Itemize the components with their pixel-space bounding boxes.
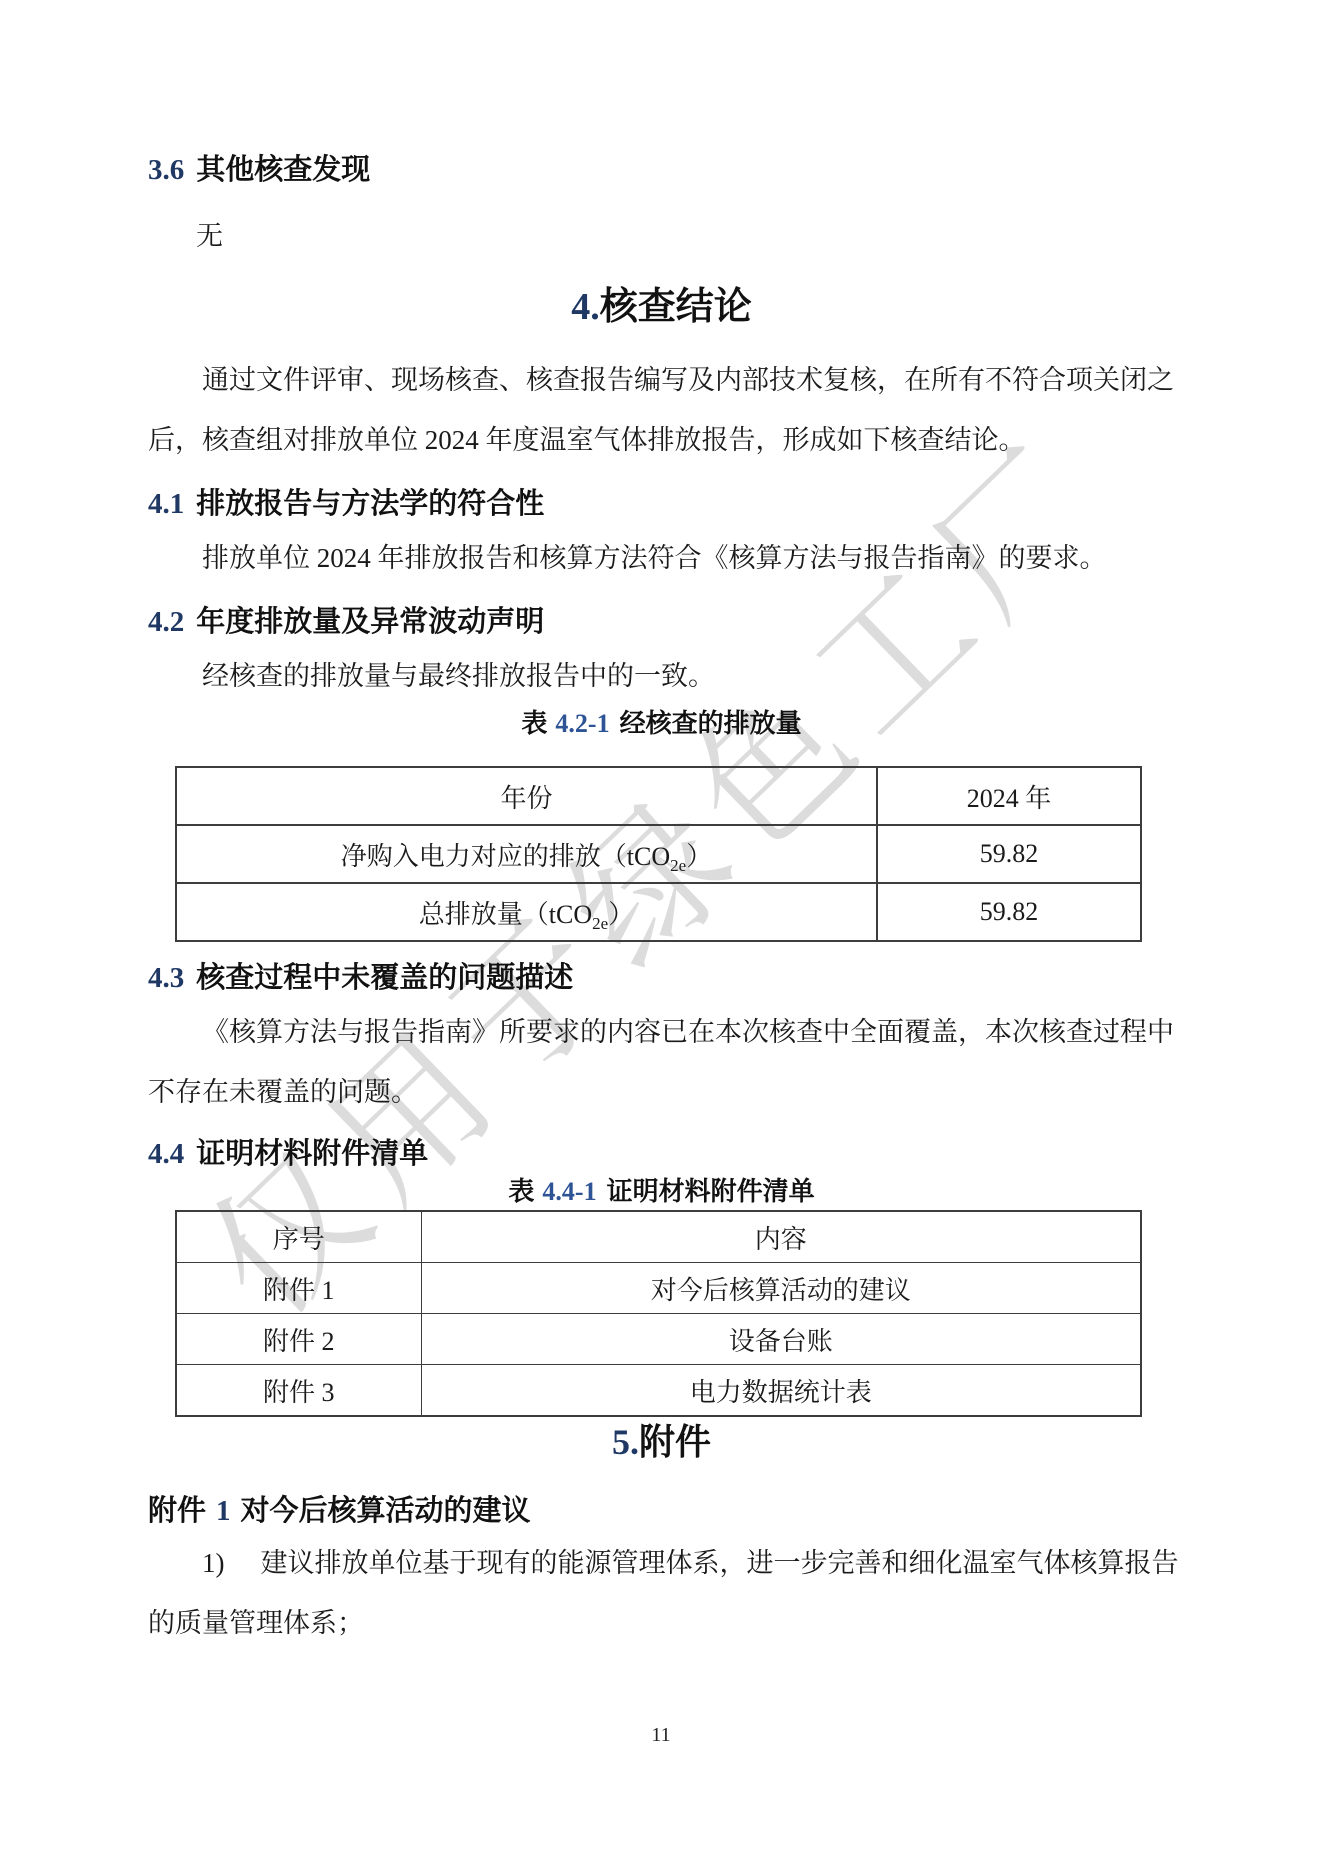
attachments-table: 序号 内容 附件 1 对今后核算活动的建议 附件 2 设备台账 附件 3 电力数… [175, 1210, 1142, 1417]
table-row: 净购入电力对应的排放（tCO2e） 59.82 [176, 825, 1141, 883]
caption-number: 4.4-1 [542, 1177, 596, 1206]
table-cell-content: 电力数据统计表 [421, 1365, 1141, 1417]
annex-number: 1 [216, 1495, 231, 1527]
section-title: 排放报告与方法学的符合性 [196, 488, 544, 520]
paragraph-line: 后，核查组对排放单位 2024 年度温室气体排放报告，形成如下核查结论。 [148, 410, 1175, 470]
caption-title: 证明材料附件清单 [607, 1177, 815, 1206]
list-item-text: 建议排放单位基于现有的能源管理体系，进一步完善和细化温室气体核算报告 [261, 1548, 1179, 1578]
table-row-header: 年份 2024 年 [176, 767, 1141, 825]
chapter-number: 4. [571, 286, 600, 328]
document-page: 仅用于绿色工厂 3.6其他核查发现 无 4.核查结论 通过文件评审、现场核查、核… [0, 0, 1322, 1870]
section-heading-4-2: 4.2年度排放量及异常波动声明 [148, 602, 1175, 642]
table-cell-no: 附件 3 [176, 1365, 421, 1417]
caption-number: 4.2-1 [555, 709, 609, 738]
label-text: 总排放量（tCO [419, 900, 592, 929]
annex-list-item-continuation: 的质量管理体系； [148, 1593, 1175, 1653]
table-cell-no-header: 序号 [176, 1211, 421, 1263]
table-cell-content-header: 内容 [421, 1211, 1141, 1263]
table-cell-label: 总排放量（tCO2e） [176, 883, 877, 941]
annex-list-item: 1)建议排放单位基于现有的能源管理体系，进一步完善和细化温室气体核算报告 [148, 1533, 1175, 1593]
section-heading-4-4: 4.4证明材料附件清单 [148, 1134, 1175, 1174]
caption-label: 表 [508, 1177, 534, 1206]
paragraph-line: 通过文件评审、现场核查、核查报告编写及内部技术复核，在所有不符合项关闭之 [148, 350, 1175, 410]
label-subscript: 2e [592, 914, 608, 933]
annex-label: 附件 [148, 1495, 206, 1527]
chapter-title: 附件 [639, 1422, 711, 1462]
table-cell-content: 设备台账 [421, 1314, 1141, 1365]
section-heading-4-3: 4.3核查过程中未覆盖的问题描述 [148, 958, 1175, 998]
paragraph-line: 《核算方法与报告指南》所要求的内容已在本次核查中全面覆盖，本次核查过程中 [148, 1002, 1175, 1062]
section-heading-3-6: 3.6其他核查发现 [148, 150, 1175, 190]
table-cell-no: 附件 2 [176, 1314, 421, 1365]
table-row: 总排放量（tCO2e） 59.82 [176, 883, 1141, 941]
table-row-header: 序号 内容 [176, 1211, 1141, 1263]
table-cell-value: 59.82 [877, 883, 1141, 941]
section-number: 4.4 [148, 1138, 184, 1170]
page-content: 3.6其他核查发现 无 4.核查结论 通过文件评审、现场核查、核查报告编写及内部… [0, 0, 1322, 1653]
chapter-title: 核查结论 [600, 286, 752, 328]
annex-title: 对今后核算活动的建议 [241, 1495, 531, 1527]
section-number: 4.3 [148, 962, 184, 994]
table-row: 附件 2 设备台账 [176, 1314, 1141, 1365]
paragraph-none: 无 [148, 206, 1175, 266]
paragraph-line: 经核查的排放量与最终排放报告中的一致。 [148, 646, 1175, 706]
chapter-heading-4: 4.核查结论 [148, 280, 1175, 334]
paragraph-line: 不存在未覆盖的问题。 [148, 1062, 1175, 1122]
table-cell-year-label: 年份 [176, 767, 877, 825]
table-cell-no: 附件 1 [176, 1263, 421, 1314]
label-text: ） [686, 842, 712, 871]
list-item-number: 1) [202, 1548, 225, 1578]
section-number: 3.6 [148, 154, 184, 186]
table-cell-value: 59.82 [877, 825, 1141, 883]
table-row: 附件 1 对今后核算活动的建议 [176, 1263, 1141, 1314]
table-cell-year-value: 2024 年 [877, 767, 1141, 825]
paragraph-line: 排放单位 2024 年排放报告和核算方法符合《核算方法与报告指南》的要求。 [148, 528, 1175, 588]
label-subscript: 2e [670, 856, 686, 875]
chapter-number: 5. [612, 1422, 639, 1462]
page-number: 11 [0, 1724, 1322, 1747]
section-heading-4-1: 4.1排放报告与方法学的符合性 [148, 484, 1175, 524]
table-cell-label: 净购入电力对应的排放（tCO2e） [176, 825, 877, 883]
table-row: 附件 3 电力数据统计表 [176, 1365, 1141, 1417]
section-title: 其他核查发现 [196, 154, 370, 186]
label-text: ） [608, 900, 634, 929]
section-number: 4.2 [148, 606, 184, 638]
caption-label: 表 [521, 709, 547, 738]
table-caption-4-2-1: 表4.2-1经核查的排放量 [148, 706, 1175, 742]
section-title: 证明材料附件清单 [196, 1138, 428, 1170]
chapter-heading-5: 5.附件 [148, 1417, 1175, 1467]
table-cell-content: 对今后核算活动的建议 [421, 1263, 1141, 1314]
emissions-table: 年份 2024 年 净购入电力对应的排放（tCO2e） 59.82 总排放量（t… [175, 766, 1142, 942]
annex-heading-1: 附件1对今后核算活动的建议 [148, 1491, 1175, 1531]
section-title: 核查过程中未覆盖的问题描述 [196, 962, 573, 994]
section-number: 4.1 [148, 488, 184, 520]
caption-title: 经核查的排放量 [620, 709, 802, 738]
table-caption-4-4-1: 表4.4-1证明材料附件清单 [148, 1174, 1175, 1210]
label-text: 净购入电力对应的排放（tCO [341, 842, 670, 871]
section-title: 年度排放量及异常波动声明 [196, 606, 544, 638]
